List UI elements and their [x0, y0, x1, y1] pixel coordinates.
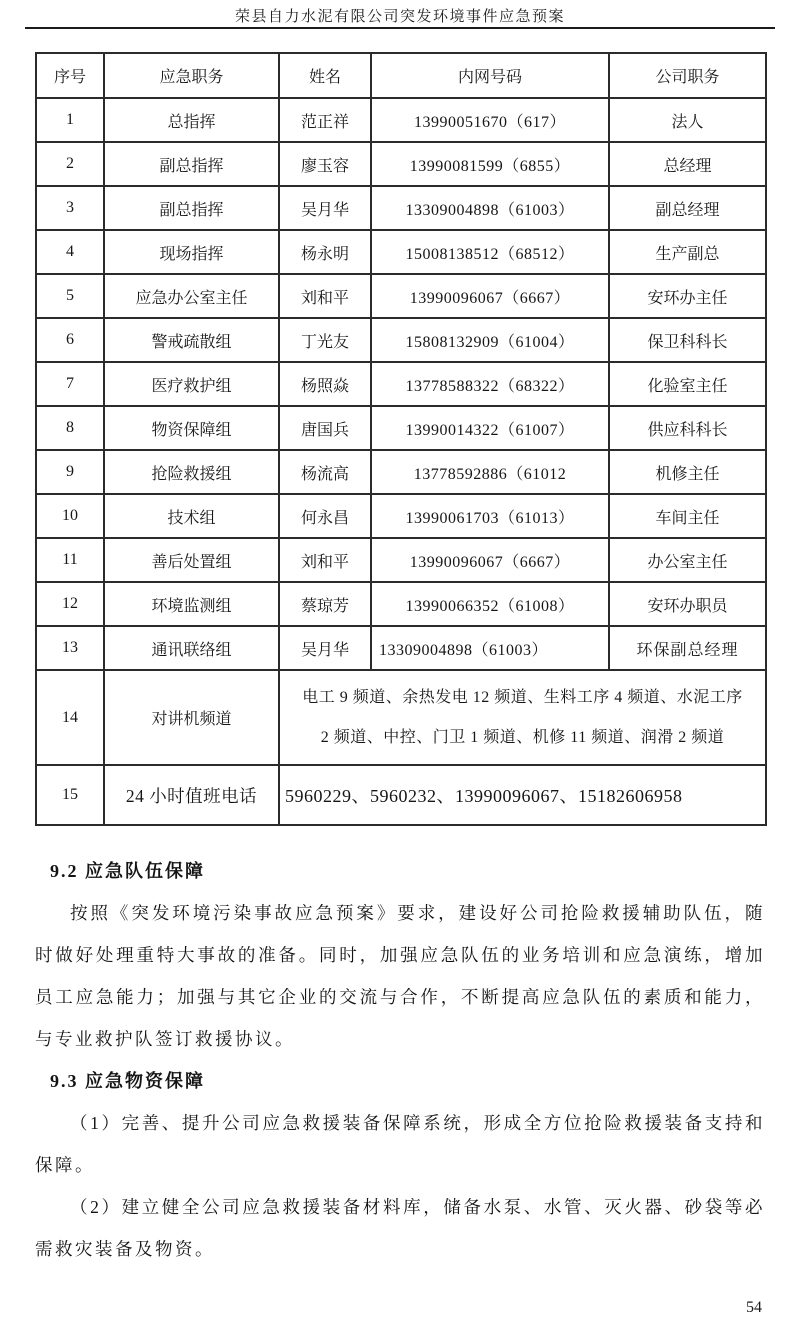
phone-cell: 13990061703（61013） — [371, 494, 609, 538]
table-header-row: 序号 应急职务 姓名 内网号码 公司职务 — [36, 53, 766, 98]
title-cell: 机修主任 — [609, 450, 766, 494]
phone-cell: 15808132909（61004） — [371, 318, 609, 362]
num-cell: 9 — [36, 450, 104, 494]
table-header: 序号 应急职务 姓名 内网号码 公司职务 — [36, 53, 766, 98]
document-body: 9.2 应急队伍保障 按照《突发环境污染事故应急预案》要求，建设好公司抢险救援辅… — [35, 850, 765, 1270]
document-header-title: 荣县自力水泥有限公司突发环境事件应急预案 — [0, 5, 800, 26]
table-row: 4现场指挥杨永明15008138512（68512）生产副总 — [36, 230, 766, 274]
phone-cell: 13990096067（6667） — [371, 274, 609, 318]
column-header-name: 姓名 — [279, 53, 371, 98]
title-cell: 安环办主任 — [609, 274, 766, 318]
num-cell: 7 — [36, 362, 104, 406]
table-row-duty-phones: 15 24 小时值班电话 5960229、5960232、13990096067… — [36, 765, 766, 825]
table-row-radio-channels: 14 对讲机频道 电工 9 频道、余热发电 12 频道、生料工序 4 频道、水泥… — [36, 670, 766, 765]
table-row: 8物资保障组唐国兵13990014322（61007）供应科科长 — [36, 406, 766, 450]
table-row: 12环境监测组蔡琼芳13990066352（61008）安环办职员 — [36, 582, 766, 626]
table-row: 13通讯联络组吴月华13309004898（61003）环保副总经理 — [36, 626, 766, 670]
paragraph: 按照《突发环境污染事故应急预案》要求，建设好公司抢险救援辅助队伍，随时做好处理重… — [35, 892, 765, 1060]
num-cell: 13 — [36, 626, 104, 670]
name-cell: 杨照焱 — [279, 362, 371, 406]
num-cell: 15 — [36, 765, 104, 825]
name-cell: 范正祥 — [279, 98, 371, 142]
duty-cell: 对讲机频道 — [104, 670, 279, 765]
duty-cell: 应急办公室主任 — [104, 274, 279, 318]
phone-cell: 13778592886（61012 — [371, 450, 609, 494]
duty-cell: 善后处置组 — [104, 538, 279, 582]
paragraph: （1）完善、提升公司应急救援装备保障系统，形成全方位抢险救援装备支持和保障。 — [35, 1102, 765, 1186]
document-page: 荣县自力水泥有限公司突发环境事件应急预案 序号 应急职务 姓名 内网号码 公司职… — [0, 0, 800, 1342]
table-row: 3副总指挥吴月华13309004898（61003）副总经理 — [36, 186, 766, 230]
header-rule — [25, 27, 775, 29]
num-cell: 10 — [36, 494, 104, 538]
table-row: 6警戒疏散组丁光友15808132909（61004）保卫科科长 — [36, 318, 766, 362]
phone-cell: 13990051670（617） — [371, 98, 609, 142]
phone-cell: 13778588322（68322） — [371, 362, 609, 406]
num-cell: 6 — [36, 318, 104, 362]
contact-table-footer-rows: 14 对讲机频道 电工 9 频道、余热发电 12 频道、生料工序 4 频道、水泥… — [36, 670, 766, 825]
name-cell: 何永昌 — [279, 494, 371, 538]
table-row: 2副总指挥廖玉容13990081599（6855）总经理 — [36, 142, 766, 186]
phone-cell: 13309004898（61003） — [371, 626, 609, 670]
duty-cell: 通讯联络组 — [104, 626, 279, 670]
duty-phones-cell: 5960229、5960232、13990096067、15182606958 — [279, 765, 766, 825]
duty-cell: 警戒疏散组 — [104, 318, 279, 362]
phone-cell: 13990066352（61008） — [371, 582, 609, 626]
num-cell: 4 — [36, 230, 104, 274]
phone-cell: 13309004898（61003） — [371, 186, 609, 230]
name-cell: 吴月华 — [279, 626, 371, 670]
radio-channels-cell: 电工 9 频道、余热发电 12 频道、生料工序 4 频道、水泥工序 2 频道、中… — [279, 670, 766, 765]
column-header-no: 序号 — [36, 53, 104, 98]
page-number: 54 — [746, 1299, 762, 1317]
name-cell: 杨永明 — [279, 230, 371, 274]
column-header-duty: 应急职务 — [104, 53, 279, 98]
name-cell: 廖玉容 — [279, 142, 371, 186]
num-cell: 12 — [36, 582, 104, 626]
column-header-phone: 内网号码 — [371, 53, 609, 98]
table-row: 5应急办公室主任刘和平13990096067（6667）安环办主任 — [36, 274, 766, 318]
num-cell: 2 — [36, 142, 104, 186]
title-cell: 安环办职员 — [609, 582, 766, 626]
section-heading-9-3: 9.3 应急物资保障 — [50, 1060, 765, 1102]
name-cell: 唐国兵 — [279, 406, 371, 450]
duty-cell: 物资保障组 — [104, 406, 279, 450]
title-cell: 生产副总 — [609, 230, 766, 274]
table-row: 1总指挥范正祥13990051670（617）法人 — [36, 98, 766, 142]
name-cell: 刘和平 — [279, 538, 371, 582]
table-row: 11善后处置组刘和平13990096067（6667）办公室主任 — [36, 538, 766, 582]
name-cell: 吴月华 — [279, 186, 371, 230]
phone-cell: 13990014322（61007） — [371, 406, 609, 450]
title-cell: 环保副总经理 — [609, 626, 766, 670]
phone-cell: 13990081599（6855） — [371, 142, 609, 186]
name-cell: 丁光友 — [279, 318, 371, 362]
duty-cell: 24 小时值班电话 — [104, 765, 279, 825]
name-cell: 刘和平 — [279, 274, 371, 318]
duty-cell: 环境监测组 — [104, 582, 279, 626]
paragraph: （2）建立健全公司应急救援装备材料库，储备水泵、水管、灭火器、砂袋等必需救灾装备… — [35, 1186, 765, 1270]
num-cell: 14 — [36, 670, 104, 765]
duty-cell: 抢险救援组 — [104, 450, 279, 494]
phone-cell: 15008138512（68512） — [371, 230, 609, 274]
name-cell: 蔡琼芳 — [279, 582, 371, 626]
duty-cell: 技术组 — [104, 494, 279, 538]
num-cell: 3 — [36, 186, 104, 230]
contact-table-body: 1总指挥范正祥13990051670（617）法人2副总指挥廖玉容1399008… — [36, 98, 766, 670]
title-cell: 保卫科科长 — [609, 318, 766, 362]
radio-channels-line2: 2 频道、中控、门卫 1 频道、机修 11 频道、润滑 2 频道 — [280, 718, 765, 758]
duty-cell: 副总指挥 — [104, 142, 279, 186]
title-cell: 化验室主任 — [609, 362, 766, 406]
num-cell: 8 — [36, 406, 104, 450]
table-row: 9抢险救援组杨流高13778592886（61012机修主任 — [36, 450, 766, 494]
title-cell: 法人 — [609, 98, 766, 142]
title-cell: 副总经理 — [609, 186, 766, 230]
emergency-contact-table: 序号 应急职务 姓名 内网号码 公司职务 1总指挥范正祥13990051670（… — [35, 52, 767, 826]
num-cell: 5 — [36, 274, 104, 318]
duty-cell: 医疗救护组 — [104, 362, 279, 406]
num-cell: 11 — [36, 538, 104, 582]
radio-channels-line1: 电工 9 频道、余热发电 12 频道、生料工序 4 频道、水泥工序 — [280, 678, 765, 718]
table-row: 10技术组何永昌13990061703（61013）车间主任 — [36, 494, 766, 538]
title-cell: 供应科科长 — [609, 406, 766, 450]
name-cell: 杨流高 — [279, 450, 371, 494]
duty-cell: 副总指挥 — [104, 186, 279, 230]
title-cell: 办公室主任 — [609, 538, 766, 582]
title-cell: 车间主任 — [609, 494, 766, 538]
duty-cell: 现场指挥 — [104, 230, 279, 274]
num-cell: 1 — [36, 98, 104, 142]
column-header-title: 公司职务 — [609, 53, 766, 98]
duty-cell: 总指挥 — [104, 98, 279, 142]
phone-cell: 13990096067（6667） — [371, 538, 609, 582]
title-cell: 总经理 — [609, 142, 766, 186]
table-row: 7医疗救护组杨照焱13778588322（68322）化验室主任 — [36, 362, 766, 406]
section-heading-9-2: 9.2 应急队伍保障 — [50, 850, 765, 892]
